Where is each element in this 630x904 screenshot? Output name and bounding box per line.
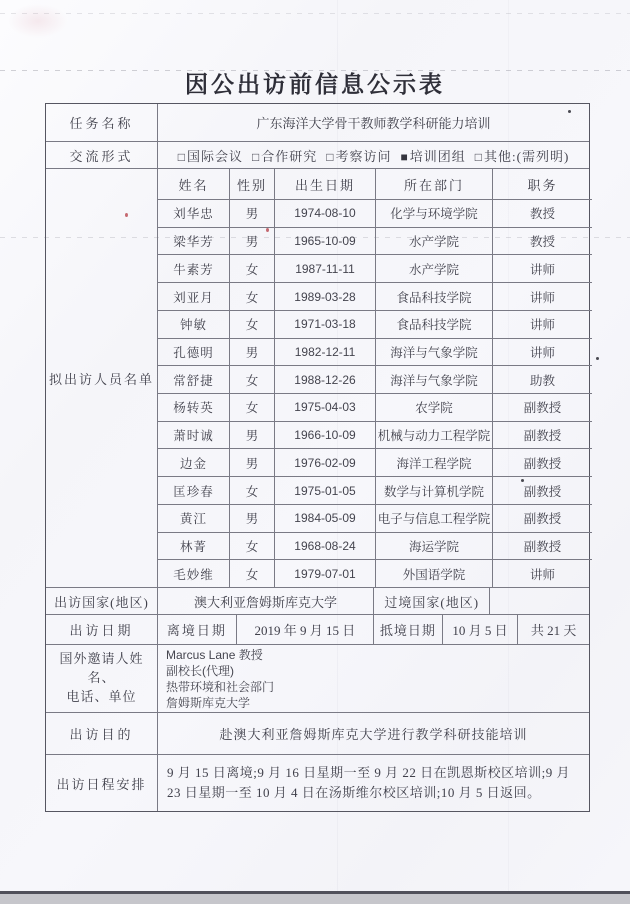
table-row: 孔德明 男 1982-12-11 海洋与气象学院 讲师 [158,338,592,366]
page-title: 因公出访前信息公示表 [0,66,630,99]
roster-cell-name: 牛素芳 [158,255,229,282]
roster-cell-name: 常舒捷 [158,366,229,393]
roster-cell-dob: 1974-08-10 [274,200,375,227]
roster-cell-gender: 男 [229,449,274,476]
dates-label: 出访日期 [46,615,157,644]
arrival-date-value: 10 月 5 日 [442,615,518,644]
roster-cell-title: 助教 [492,366,592,393]
roster-cell-dob: 1989-03-28 [274,283,375,310]
roster-cell-name: 梁华芳 [158,228,229,255]
checkbox-icon: □ [475,150,483,164]
roster-cell-dob: 1975-04-03 [274,394,375,421]
roster-cell-department: 水产学院 [375,228,492,255]
scanned-document-page: { "page": { "title": "因公出访前信息公示表" }, "fo… [0,0,630,904]
roster-cell-gender: 女 [229,366,274,393]
roster-cell-title: 副教授 [492,394,592,421]
roster-cell-title: 副教授 [492,422,592,449]
table-row: 刘亚月 女 1989-03-28 食品科技学院 讲师 [158,282,592,310]
roster-cell-dob: 1988-12-26 [274,366,375,393]
roster-cell-gender: 女 [229,283,274,310]
table-row: 常舒捷 女 1988-12-26 海洋与气象学院 助教 [158,365,592,393]
roster-cell-gender: 女 [229,311,274,338]
roster-cell-dob: 1987-11-11 [274,255,375,282]
roster-cell-gender: 男 [229,422,274,449]
checkbox-option-label: 培训团组 [410,149,466,164]
publicity-form-table: 任务名称 广东海洋大学骨干教师教学科研能力培训 交流形式 □国际会议 □合作研究… [45,103,590,812]
dates-row: 出访日期 离境日期 2019 年 9 月 15 日 抵境日期 10 月 5 日 … [46,614,589,644]
checkbox-icon: □ [178,150,186,164]
checkbox-option: ■培训团组 [401,146,466,165]
table-row: 毛妙维 女 1979-07-01 外国语学院 讲师 [158,559,592,587]
roster-cell-department: 外国语学院 [375,560,492,587]
roster-cell-department: 化学与环境学院 [375,200,492,227]
checkbox-option: □国际会议 [178,146,243,165]
roster-header-gender: 性别 [229,169,274,199]
roster-cell-name: 钟敏 [158,311,229,338]
checkbox-option: □其他:(需列明) [475,146,570,165]
checkbox-icon: □ [326,150,334,164]
roster-cell-department: 食品科技学院 [375,283,492,310]
table-row: 边金 男 1976-02-09 海洋工程学院 副教授 [158,448,592,476]
roster-cell-gender: 男 [229,200,274,227]
roster-cell-title: 副教授 [492,533,592,560]
roster-cell-department: 海运学院 [375,533,492,560]
roster-cell-department: 机械与动力工程学院 [375,422,492,449]
roster-cell-dob: 1965-10-09 [274,228,375,255]
schedule-label: 出访日程安排 [46,755,157,811]
roster-cell-dob: 1982-12-11 [274,339,375,366]
task-name-row: 任务名称 广东海洋大学骨干教师教学科研能力培训 [46,104,589,141]
task-name-value: 广东海洋大学骨干教师教学科研能力培训 [157,104,589,141]
roster-header-name: 姓名 [158,169,229,199]
inviter-row: 国外邀请人姓名、 电话、单位 Marcus Lane 教授 副校长(代理) 热带… [46,644,589,712]
transit-value [489,588,589,614]
roster-cell-department: 数学与计算机学院 [375,477,492,504]
roster-cell-gender: 女 [229,477,274,504]
inviter-label-line2: 电话、单位 [66,688,136,707]
roster-cell-department: 海洋工程学院 [375,449,492,476]
roster-cell-gender: 男 [229,339,274,366]
roster-cell-gender: 女 [229,255,274,282]
destination-value: 澳大利亚詹姆斯库克大学 [157,588,373,614]
roster-cell-gender: 女 [229,394,274,421]
roster-cell-dob: 1979-07-01 [274,560,375,587]
roster-cell-department: 水产学院 [375,255,492,282]
table-row: 匡珍春 女 1975-01-05 数学与计算机学院 副教授 [158,476,592,504]
table-row: 黄江 男 1984-05-09 电子与信息工程学院 副教授 [158,504,592,532]
roster-cell-dob: 1971-03-18 [274,311,375,338]
roster-cell-title: 教授 [492,228,592,255]
exchange-form-row: 交流形式 □国际会议 □合作研究 □考察访问 ■培训团组 □其他:(需列明) [46,141,589,168]
checkbox-option-label: 考察访问 [335,149,391,164]
checkbox-icon: ■ [401,150,409,164]
arrival-date-label: 抵境日期 [373,615,442,644]
checkbox-option: □考察访问 [326,146,391,165]
roster-cell-department: 海洋与气象学院 [375,339,492,366]
roster-cell-department: 食品科技学院 [375,311,492,338]
purpose-row: 出访目的 赴澳大利亚詹姆斯库克大学进行教学科研技能培训 [46,712,589,754]
roster-header-title: 职务 [492,169,592,199]
roster-header-row: 姓名 性别 出生日期 所在部门 职务 [158,169,592,199]
purpose-label: 出访目的 [46,713,157,754]
inviter-name: Marcus Lane 教授 [166,648,263,664]
roster-cell-gender: 男 [229,228,274,255]
purpose-value: 赴澳大利亚詹姆斯库克大学进行教学科研技能培训 [157,713,589,754]
roster-cell-title: 讲师 [492,339,592,366]
roster-cell-name: 孔德明 [158,339,229,366]
roster-label: 拟出访人员名单 [46,169,157,587]
destination-label: 出访国家(地区) [46,588,157,614]
table-row: 钟敏 女 1971-03-18 食品科技学院 讲师 [158,310,592,338]
roster-cell-name: 边金 [158,449,229,476]
checkbox-icon: □ [252,150,260,164]
roster-cell-dob: 1968-08-24 [274,533,375,560]
roster-cell-name: 萧时诚 [158,422,229,449]
table-row: 林菁 女 1968-08-24 海运学院 副教授 [158,532,592,560]
exchange-form-label: 交流形式 [46,142,157,168]
roster-cell-name: 刘华忠 [158,200,229,227]
roster-cell-dob: 1975-01-05 [274,477,375,504]
roster-cell-title: 教授 [492,200,592,227]
roster-cell-name: 毛妙维 [158,560,229,587]
roster-cell-department: 农学院 [375,394,492,421]
roster-cell-title: 副教授 [492,477,592,504]
roster-cell-title: 副教授 [492,449,592,476]
roster-cell-title: 讲师 [492,560,592,587]
inviter-department: 热带环境和社会部门 [166,680,274,696]
checkbox-option-label: 合作研究 [261,149,317,164]
roster-cell-dob: 1984-05-09 [274,505,375,532]
roster-cell-name: 匡珍春 [158,477,229,504]
table-row: 刘华忠 男 1974-08-10 化学与环境学院 教授 [158,199,592,227]
destination-row: 出访国家(地区) 澳大利亚詹姆斯库克大学 过境国家(地区) [46,587,589,614]
checkbox-option-label: 其他:(需列明) [484,149,569,164]
table-row: 牛素芳 女 1987-11-11 水产学院 讲师 [158,254,592,282]
roster-cell-department: 海洋与气象学院 [375,366,492,393]
roster-cell-dob: 1966-10-09 [274,422,375,449]
schedule-row: 出访日程安排 9 月 15 日离境;9 月 16 日星期一至 9 月 22 日在… [46,754,589,811]
roster-cell-gender: 男 [229,505,274,532]
inviter-details: Marcus Lane 教授 副校长(代理) 热带环境和社会部门 詹姆斯库克大学 [157,645,589,712]
schedule-value: 9 月 15 日离境;9 月 16 日星期一至 9 月 22 日在凯恩斯校区培训… [157,755,589,811]
roster-cell-name: 刘亚月 [158,283,229,310]
departure-date-label: 离境日期 [157,615,236,644]
inviter-university: 詹姆斯库克大学 [166,696,250,712]
roster-cell-title: 讲师 [492,255,592,282]
table-row: 萧时诚 男 1966-10-09 机械与动力工程学院 副教授 [158,421,592,449]
roster-cell-title: 副教授 [492,505,592,532]
roster-cell-gender: 女 [229,560,274,587]
roster-section: 拟出访人员名单 姓名 性别 出生日期 所在部门 职务 刘华忠 男 1974-08… [46,168,589,587]
checkbox-option-label: 国际会议 [187,149,243,164]
exchange-options: □国际会议 □合作研究 □考察访问 ■培训团组 □其他:(需列明) [157,142,589,168]
roster-body: 刘华忠 男 1974-08-10 化学与环境学院 教授 梁华芳 男 1965-1… [158,199,592,587]
task-name-label: 任务名称 [46,104,157,141]
roster-header-department: 所在部门 [375,169,492,199]
roster-cell-name: 黄江 [158,505,229,532]
table-row: 杨转英 女 1975-04-03 农学院 副教授 [158,393,592,421]
roster-cell-department: 电子与信息工程学院 [375,505,492,532]
roster-table: 姓名 性别 出生日期 所在部门 职务 刘华忠 男 1974-08-10 化学与环… [157,169,592,587]
roster-cell-name: 林菁 [158,533,229,560]
roster-cell-gender: 女 [229,533,274,560]
departure-date-value: 2019 年 9 月 15 日 [236,615,373,644]
inviter-label-line1: 国外邀请人姓名、 [48,650,155,688]
roster-header-dob: 出生日期 [274,169,375,199]
total-days-value: 共 21 天 [517,615,589,644]
roster-cell-dob: 1976-02-09 [274,449,375,476]
checkbox-option: □合作研究 [252,146,317,165]
table-row: 梁华芳 男 1965-10-09 水产学院 教授 [158,227,592,255]
inviter-position: 副校长(代理) [166,664,234,680]
roster-cell-title: 讲师 [492,283,592,310]
roster-cell-name: 杨转英 [158,394,229,421]
inviter-label: 国外邀请人姓名、 电话、单位 [46,645,157,712]
roster-cell-title: 讲师 [492,311,592,338]
transit-label: 过境国家(地区) [373,588,489,614]
